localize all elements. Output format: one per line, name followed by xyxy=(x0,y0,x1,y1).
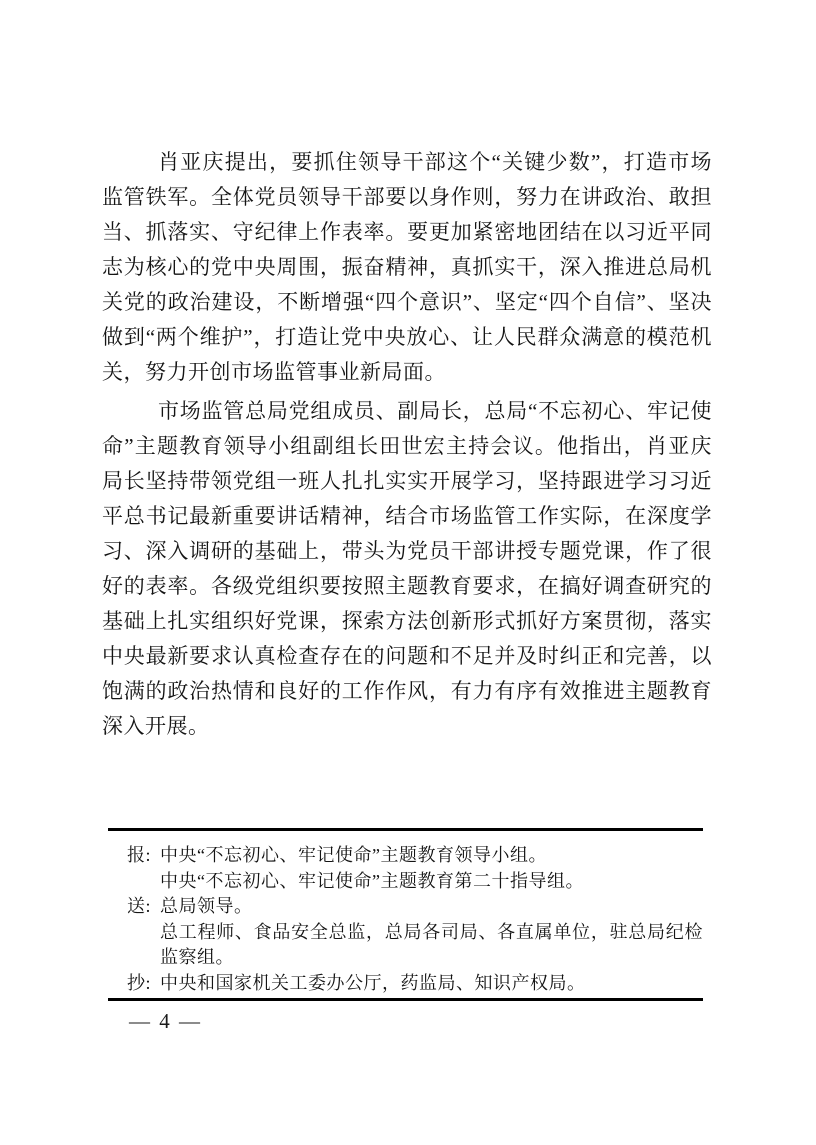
distribution-block: 报: 中央“不忘初心、牢记使命”主题教育领导小组。 中央“不忘初心、牢记使命”主… xyxy=(108,828,703,1001)
distribution-entries: 报: 中央“不忘初心、牢记使命”主题教育领导小组。 中央“不忘初心、牢记使命”主… xyxy=(108,831,703,998)
distribution-entry-report: 报: 中央“不忘初心、牢记使命”主题教育领导小组。 中央“不忘初心、牢记使命”主… xyxy=(108,843,703,894)
distribution-entry-copy: 抄: 中央和国家机关工委办公厅，药监局、知识产权局。 xyxy=(108,971,703,997)
separator-line-bottom xyxy=(108,998,703,1001)
distribution-label-copy: 抄: xyxy=(127,971,151,997)
distribution-item: 中央“不忘初心、牢记使命”主题教育第二十指导组。 xyxy=(160,869,703,895)
distribution-item: 总工程师、食品安全总监，总局各司局、各直属单位，驻总局纪检监察组。 xyxy=(160,920,703,971)
distribution-item: 中央“不忘初心、牢记使命”主题教育领导小组。 xyxy=(160,843,703,869)
paragraph-1: 肖亚庆提出，要抓住领导干部这个“关键少数”，打造市场监管铁军。全体党员领导干部要… xyxy=(102,145,712,390)
document-page: 肖亚庆提出，要抓住领导干部这个“关键少数”，打造市场监管铁军。全体党员领导干部要… xyxy=(0,0,816,1145)
paragraph-2: 市场监管总局党组成员、副局长，总局“不忘初心、牢记使命”主题教育领导小组副组长田… xyxy=(102,394,712,744)
distribution-label-send: 送: xyxy=(127,894,151,920)
distribution-item: 中央和国家机关工委办公厅，药监局、知识产权局。 xyxy=(160,971,703,997)
distribution-item: 总局领导。 xyxy=(160,894,703,920)
body-text: 肖亚庆提出，要抓住领导干部这个“关键少数”，打造市场监管铁军。全体党员领导干部要… xyxy=(102,145,712,744)
page-number: — 4 — xyxy=(129,1009,202,1033)
distribution-entry-send: 送: 总局领导。 总工程师、食品安全总监，总局各司局、各直属单位，驻总局纪检监察… xyxy=(108,894,703,971)
distribution-label-report: 报: xyxy=(127,843,151,869)
